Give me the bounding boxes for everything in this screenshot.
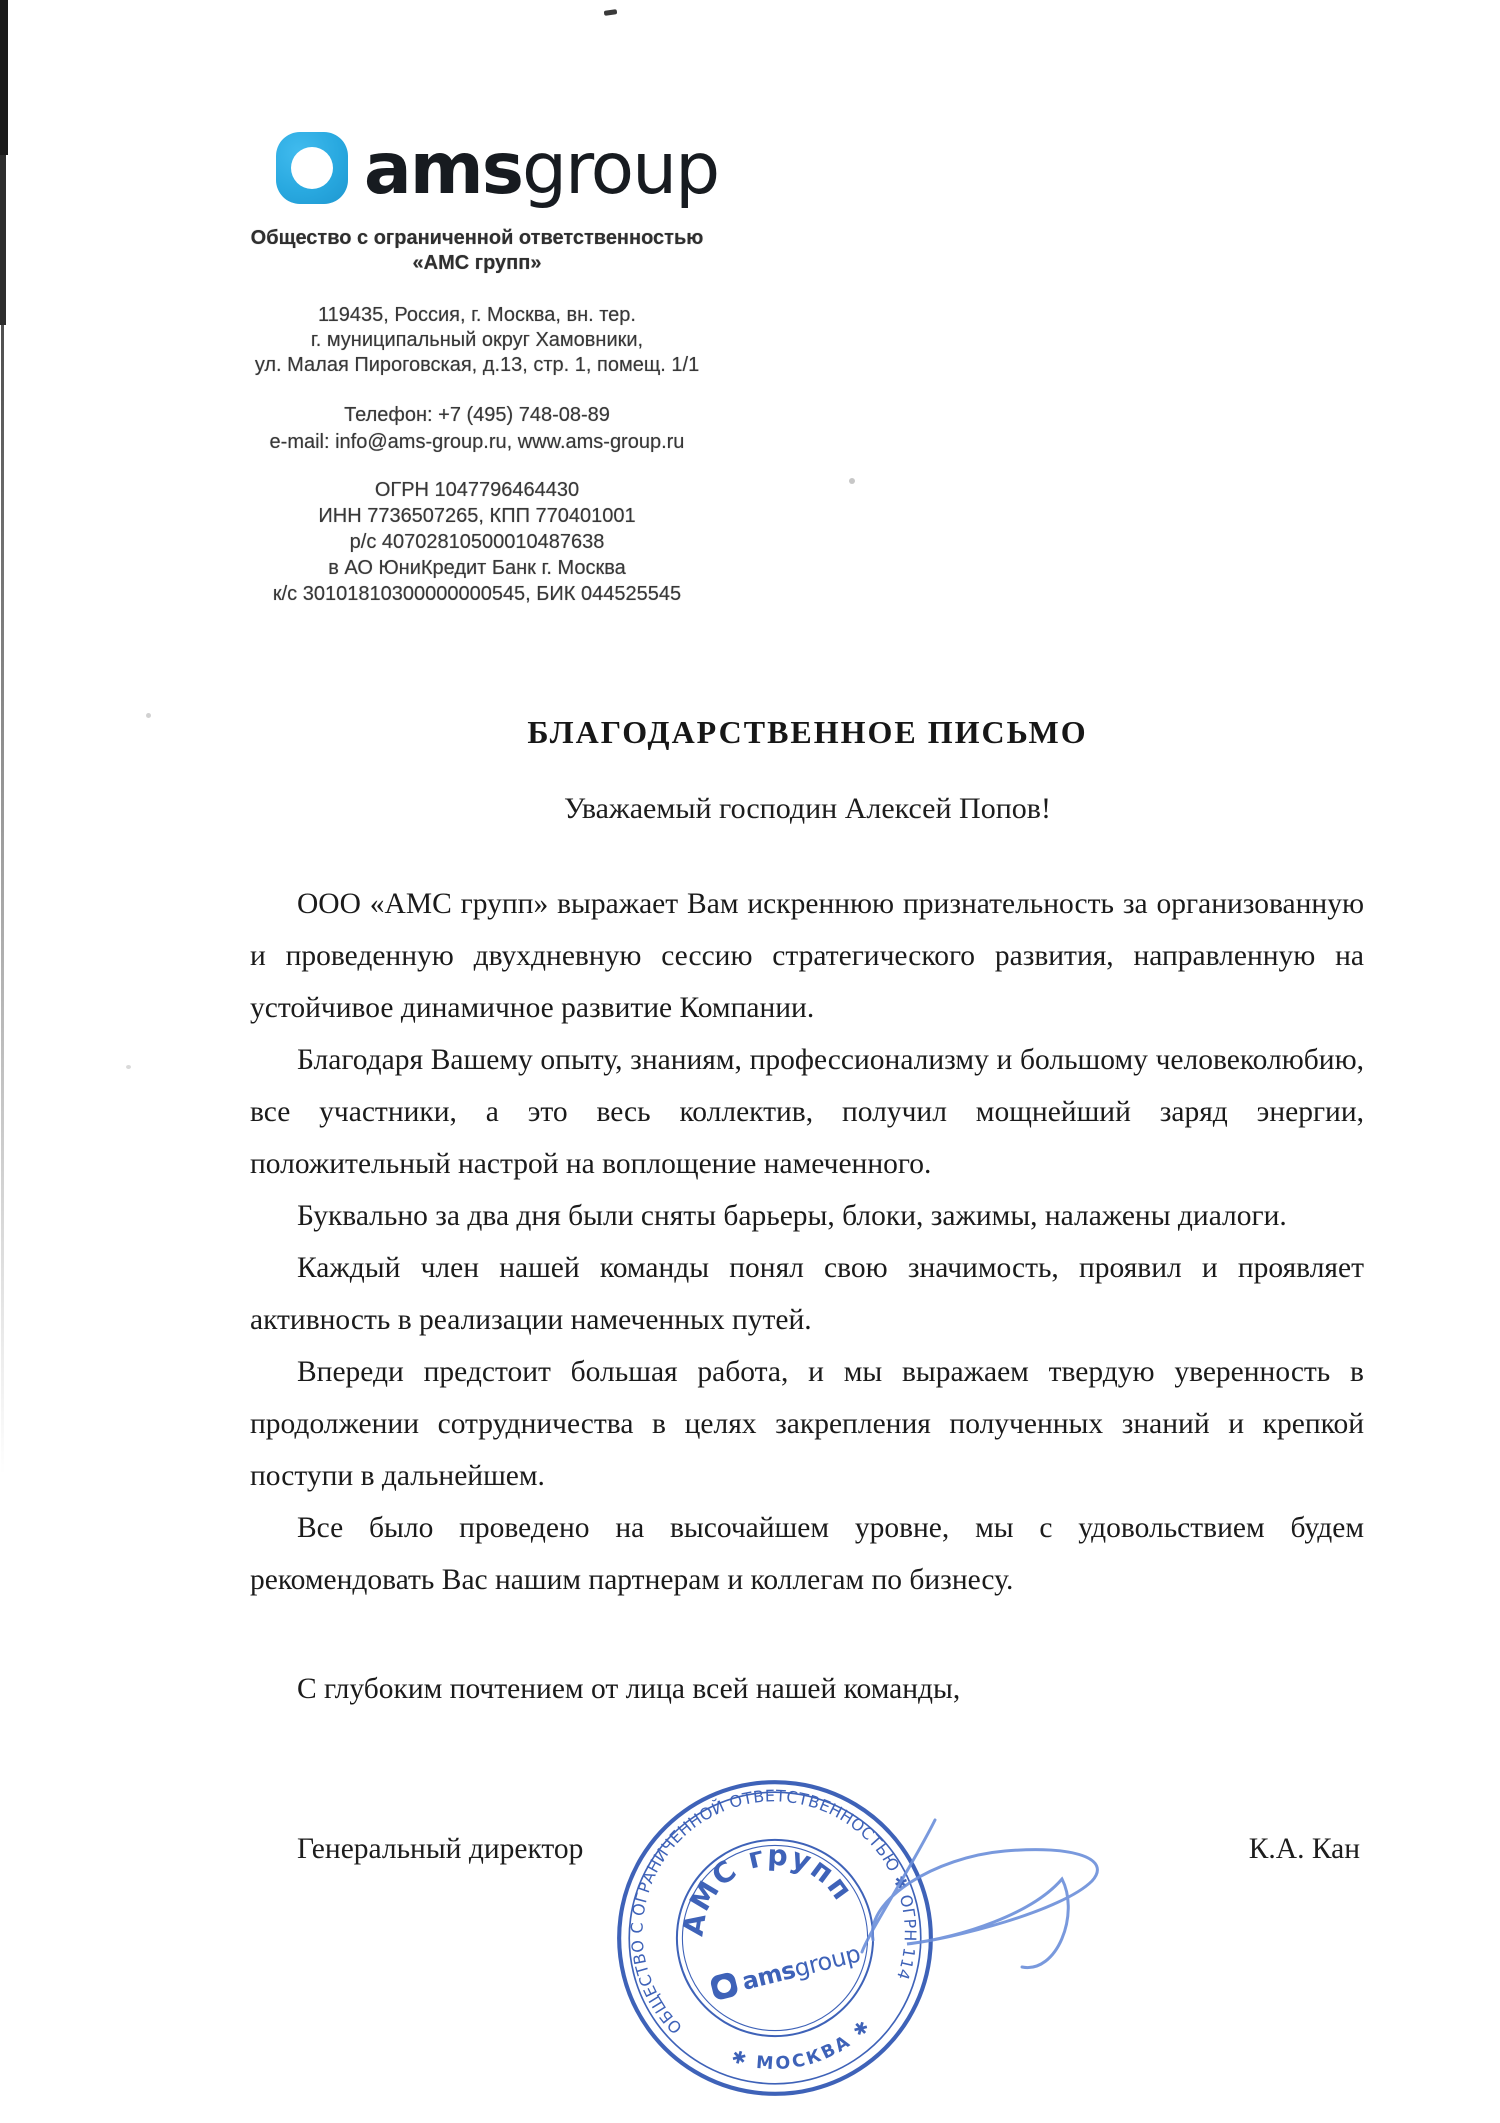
stamp-inner-arc-text: АМС групп bbox=[659, 1819, 862, 1946]
address-line: ул. Малая Пироговская, д.13, стр. 1, пом… bbox=[197, 353, 757, 378]
letterhead: amsgroup Общество с ограниченной ответст… bbox=[197, 126, 757, 607]
company-logo: amsgroup bbox=[237, 126, 757, 210]
scanned-letter-page: amsgroup Общество с ограниченной ответст… bbox=[0, 0, 1500, 2123]
amsgroup-logo-icon bbox=[276, 132, 348, 204]
bank-line: в АО ЮниКредит Банк г. Москва bbox=[197, 555, 757, 581]
body-paragraph: Благодаря Вашему опыту, знаниям, професс… bbox=[250, 1034, 1364, 1190]
svg-text:АМС групп: АМС групп bbox=[659, 1819, 862, 1946]
scan-speck bbox=[604, 9, 618, 16]
svg-text:✱ МОСКВА ✱: ✱ МОСКВА ✱ bbox=[725, 2013, 882, 2089]
wordmark-bold: ams bbox=[364, 127, 522, 210]
address-block: 119435, Россия, г. Москва, вн. тер. г. м… bbox=[197, 303, 757, 378]
scan-edge-artifact bbox=[1, 325, 4, 1475]
body-paragraph: ООО «АМС групп» выражает Вам искреннюю п… bbox=[250, 878, 1364, 1034]
email-line: e-mail: info@ams-group.ru, www.ams-group… bbox=[197, 429, 757, 456]
requisites-block: ОГРН 1047796464430 ИНН 7736507265, КПП 7… bbox=[197, 477, 757, 607]
org-name-line: «АМС групп» bbox=[197, 251, 757, 276]
body-paragraph: Впереди предстоит большая работа, и мы в… bbox=[250, 1346, 1364, 1502]
stamp-logo-bold: ams bbox=[739, 1956, 798, 1996]
scan-edge-artifact bbox=[0, 155, 6, 325]
body-paragraph: Буквально за два дня были сняты барьеры,… bbox=[250, 1190, 1364, 1242]
letter-body: ООО «АМС групп» выражает Вам искреннюю п… bbox=[250, 878, 1364, 1715]
scan-speck bbox=[146, 713, 151, 718]
address-line: г. муниципальный округ Хамовники, bbox=[197, 328, 757, 353]
director-signature bbox=[840, 1795, 1130, 1995]
address-line: 119435, Россия, г. Москва, вн. тер. bbox=[197, 303, 757, 328]
signer-name: К.А. Кан bbox=[1249, 1833, 1360, 1866]
scan-speck bbox=[849, 478, 855, 484]
salutation: Уважаемый господин Алексей Попов! bbox=[250, 792, 1365, 826]
ogrn-line: ОГРН 1047796464430 bbox=[197, 477, 757, 503]
signer-position: Генеральный директор bbox=[297, 1833, 583, 1866]
letter-title: БЛАГОДАРСТВЕННОЕ ПИСЬМО bbox=[250, 714, 1365, 751]
org-form-line: Общество с ограниченной ответственностью bbox=[197, 226, 757, 251]
contacts-block: Телефон: +7 (495) 748-08-89 e-mail: info… bbox=[197, 402, 757, 456]
inn-kpp-line: ИНН 7736507265, КПП 770401001 bbox=[197, 503, 757, 529]
phone-line: Телефон: +7 (495) 748-08-89 bbox=[197, 402, 757, 429]
scan-speck bbox=[126, 1065, 131, 1069]
account-line: р/с 40702810500010487638 bbox=[197, 529, 757, 555]
wordmark-light: group bbox=[522, 127, 718, 210]
closing-line: С глубоким почтением от лица всей нашей … bbox=[250, 1663, 1364, 1715]
body-paragraph: Каждый член нашей команды понял свою зна… bbox=[250, 1242, 1364, 1346]
scan-edge-artifact bbox=[0, 0, 8, 155]
body-paragraph: Все было проведено на высочайшем уровне,… bbox=[250, 1502, 1364, 1606]
stamp-city-text: ✱ МОСКВА ✱ bbox=[725, 2013, 882, 2089]
corr-account-line: к/с 30101810300000000545, БИК 044525545 bbox=[197, 581, 757, 607]
amsgroup-wordmark: amsgroup bbox=[364, 133, 718, 204]
